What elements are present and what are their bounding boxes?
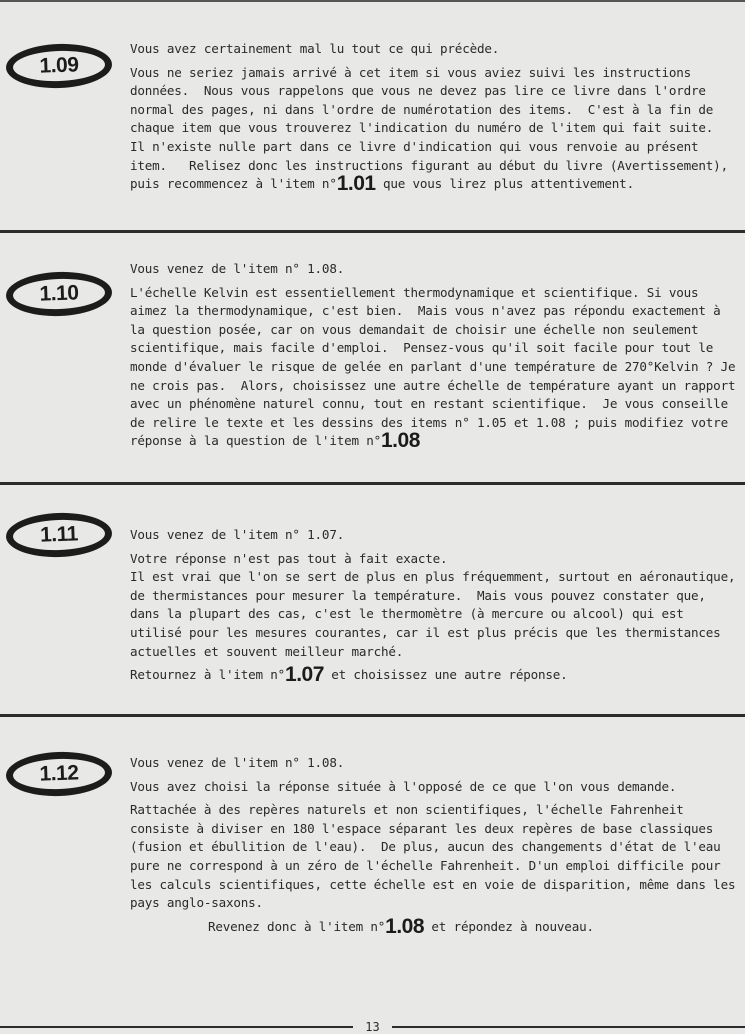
paragraph: Revenez donc à l'item n°1.08 et répondez…	[130, 918, 742, 937]
footer-rule-right	[392, 1026, 745, 1028]
item-number-badge: 1.12	[5, 750, 112, 798]
paragraph: Vous avez choisi la réponse située à l'o…	[130, 778, 742, 797]
paragraph: Retournez à l'item n°1.07 et choisissez …	[130, 666, 742, 685]
paragraph: Vous venez de l'item n° 1.07.	[130, 526, 742, 545]
paragraph: Vous avez certainement mal lu tout ce qu…	[130, 40, 742, 59]
item-body: Vous venez de l'item n° 1.08.L'échelle K…	[130, 260, 742, 456]
paragraph: Rattachée à des repères naturels et non …	[130, 801, 742, 913]
item-body: Vous venez de l'item n° 1.08.Vous avez c…	[130, 754, 742, 941]
section-divider	[0, 714, 745, 717]
section-divider	[0, 482, 745, 485]
item-reference: 1.07	[285, 663, 324, 686]
paragraph: Vous ne seriez jamais arrivé à cet item …	[130, 64, 742, 194]
top-rule	[0, 0, 745, 2]
item-reference: 1.08	[385, 915, 424, 938]
paragraph: L'échelle Kelvin est essentiellement the…	[130, 284, 742, 451]
item-body: Vous avez certainement mal lu tout ce qu…	[130, 40, 742, 199]
section-divider	[0, 230, 745, 233]
item-reference: 1.01	[337, 172, 376, 195]
item-body: Vous venez de l'item n° 1.07.Votre répon…	[130, 526, 742, 690]
item-number-badge: 1.11	[5, 511, 112, 559]
paragraph: Vous venez de l'item n° 1.08.	[130, 754, 742, 773]
footer-rule-left	[0, 1026, 353, 1028]
item-reference: 1.08	[381, 429, 420, 452]
page-number: 13	[353, 1020, 391, 1034]
paragraph: Votre réponse n'est pas tout à fait exac…	[130, 550, 742, 662]
page-footer: 13	[0, 1020, 745, 1034]
item-number-badge: 1.10	[5, 270, 112, 318]
item-number-badge: 1.09	[5, 42, 112, 90]
paragraph: Vous venez de l'item n° 1.08.	[130, 260, 742, 279]
